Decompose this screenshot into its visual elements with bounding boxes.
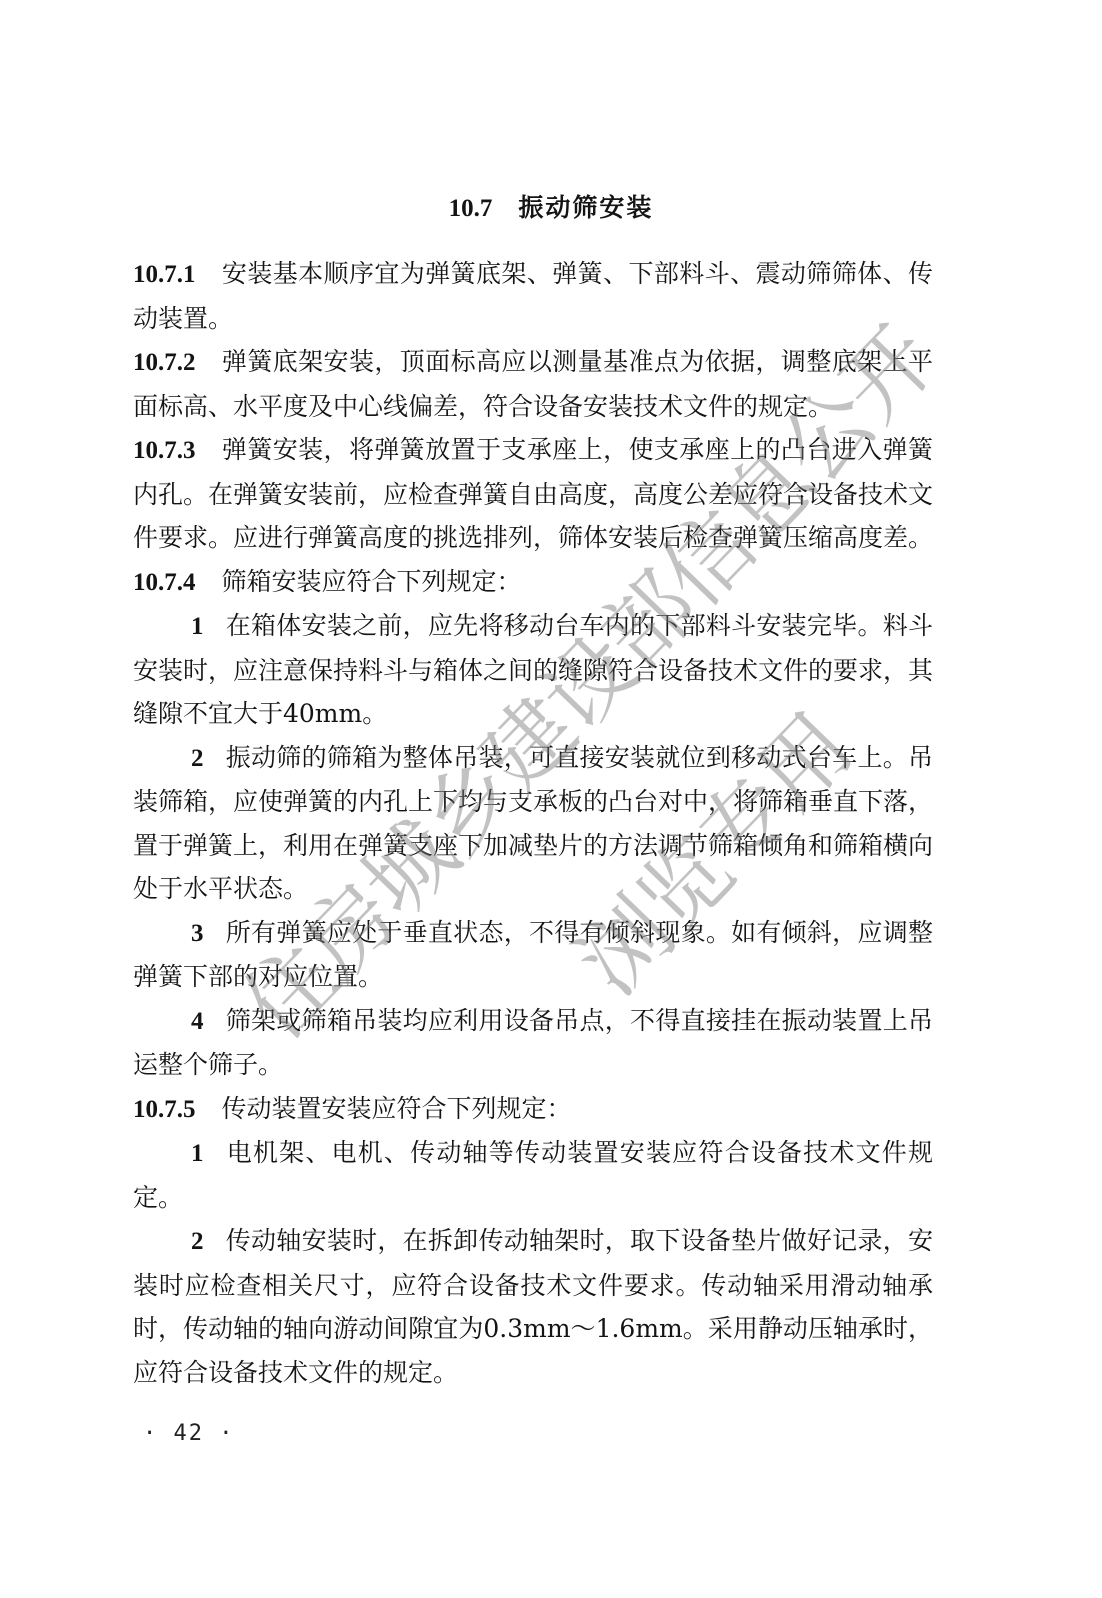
item-text: 振动筛的筛箱为整体吊装，可直接安装就位到移动式台车上。吊装筛箱，应使弹簧的内孔上… [133, 743, 933, 904]
clause-text: 弹簧底架安装，顶面标高应以测量基准点为依据，调整底架上平面标高、水平度及中心线偏… [133, 347, 933, 421]
section-heading: 振动筛安装 [518, 193, 653, 222]
clause-text: 筛箱安装应符合下列规定： [222, 567, 522, 596]
item-number: 1 [191, 613, 204, 640]
item-number: 4 [191, 1008, 204, 1035]
clause-10-7-4: 10.7.4筛箱安装应符合下列规定： [133, 560, 933, 605]
clause-10-7-3: 10.7.3弹簧安装，将弹簧放置于支承座上，使支承座上的凸台进入弹簧内孔。在弹簧… [133, 428, 933, 560]
clause-text: 传动装置安装应符合下列规定： [222, 1094, 572, 1123]
clause-10-7-4-item-3: 3所有弹簧应处于垂直状态，不得有倾斜现象。如有倾斜，应调整弹簧下部的对应位置。 [133, 911, 933, 999]
item-number: 2 [191, 1228, 204, 1255]
clause-10-7-2: 10.7.2弹簧底架安装，顶面标高应以测量基准点为依据，调整底架上平面标高、水平… [133, 340, 933, 428]
clause-10-7-4-item-1: 1在箱体安装之前，应先将移动台车内的下部料斗安装完毕。料斗安装时，应注意保持料斗… [133, 604, 933, 736]
clause-10-7-5: 10.7.5传动装置安装应符合下列规定： [133, 1087, 933, 1132]
clause-number: 10.7.1 [133, 261, 196, 288]
clause-number: 10.7.2 [133, 349, 196, 376]
item-number: 3 [191, 920, 204, 947]
clause-text: 弹簧安装，将弹簧放置于支承座上，使支承座上的凸台进入弹簧内孔。在弹簧安装前，应检… [133, 435, 933, 552]
item-text: 电机架、电机、传动轴等传动装置安装应符合设备技术文件规定。 [133, 1138, 933, 1212]
clause-number: 10.7.5 [133, 1096, 196, 1123]
body-text: 10.7.1安装基本顺序宜为弹簧底架、弹簧、下部料斗、震动筛筛体、传动装置。 1… [133, 252, 933, 1394]
item-text: 筛架或筛箱吊装均应利用设备吊点，不得直接挂在振动装置上吊运整个筛子。 [133, 1006, 933, 1080]
clause-10-7-4-item-2: 2振动筛的筛箱为整体吊装，可直接安装就位到移动式台车上。吊装筛箱，应使弹簧的内孔… [133, 736, 933, 911]
clause-10-7-1: 10.7.1安装基本顺序宜为弹簧底架、弹簧、下部料斗、震动筛筛体、传动装置。 [133, 252, 933, 340]
item-text: 传动轴安装时，在拆卸传动轴架时，取下设备垫片做好记录，安装时应检查相关尺寸，应符… [133, 1226, 933, 1387]
clause-number: 10.7.4 [133, 569, 196, 596]
clause-text: 安装基本顺序宜为弹簧底架、弹簧、下部料斗、震动筛筛体、传动装置。 [133, 259, 933, 333]
item-text: 在箱体安装之前，应先将移动台车内的下部料斗安装完毕。料斗安装时，应注意保持料斗与… [133, 611, 933, 728]
section-title: 10.7振动筛安装 [0, 188, 1102, 224]
item-number: 1 [191, 1140, 204, 1167]
document-page: 10.7振动筛安装 10.7.1安装基本顺序宜为弹簧底架、弹簧、下部料斗、震动筛… [0, 0, 1102, 1598]
clause-number: 10.7.3 [133, 437, 196, 464]
section-number: 10.7 [449, 195, 493, 222]
item-number: 2 [191, 745, 204, 772]
page-number: · 42 · [143, 1421, 234, 1446]
clause-10-7-5-item-1: 1电机架、电机、传动轴等传动装置安装应符合设备技术文件规定。 [133, 1131, 933, 1219]
item-text: 所有弹簧应处于垂直状态，不得有倾斜现象。如有倾斜，应调整弹簧下部的对应位置。 [133, 918, 933, 992]
clause-10-7-4-item-4: 4筛架或筛箱吊装均应利用设备吊点，不得直接挂在振动装置上吊运整个筛子。 [133, 999, 933, 1087]
clause-10-7-5-item-2: 2传动轴安装时，在拆卸传动轴架时，取下设备垫片做好记录，安装时应检查相关尺寸，应… [133, 1219, 933, 1394]
